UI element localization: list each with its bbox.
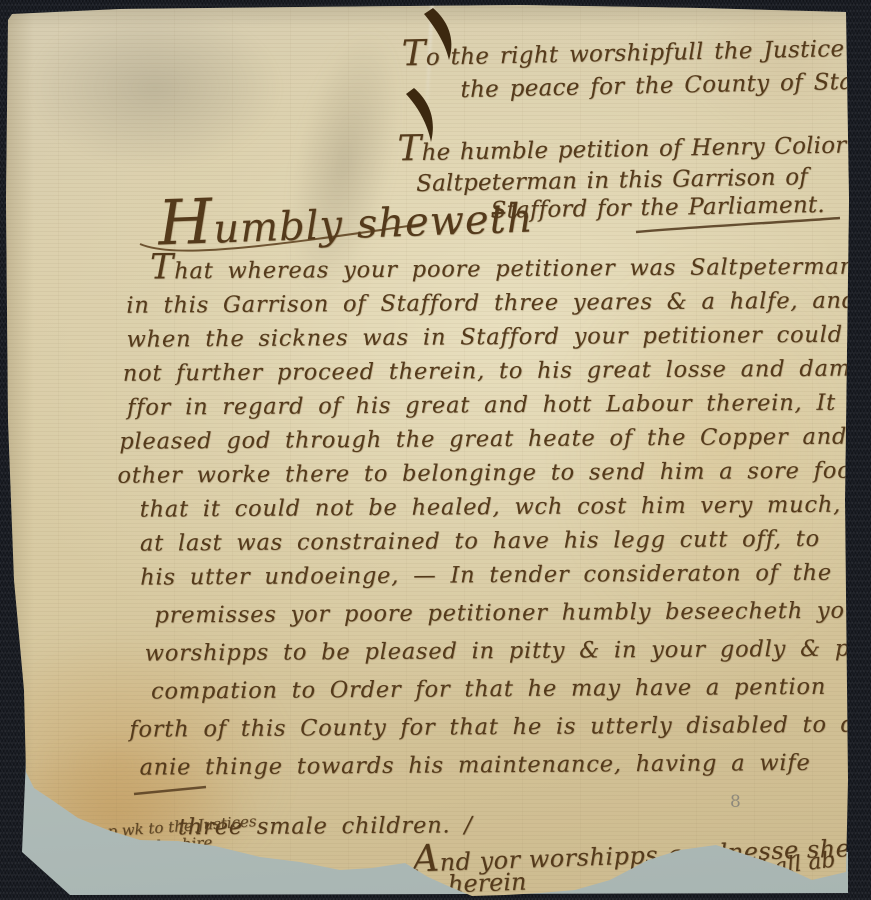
- petition-title-line-3: Stafford for the Parliament.: [490, 191, 871, 224]
- body-line: That whereas your poore petitioner was S…: [150, 245, 871, 288]
- body-line: not further proceed therein, to his grea…: [123, 351, 871, 390]
- body-line: when the sicknes was in Stafford your pe…: [126, 317, 871, 356]
- body-line: anie thinge towards his maintenance, hav…: [139, 745, 871, 784]
- body-line: his utter undoeinge, — In tender conside…: [140, 555, 871, 594]
- body-line: pleased god through the great heate of t…: [119, 419, 871, 458]
- body-line: premisses yor poore petitioner humbly be…: [154, 593, 871, 632]
- body-line: forth of this County for that he is utte…: [129, 707, 871, 746]
- stain-top-left: [30, 8, 280, 168]
- body-line: that it could not be healed, wch cost hi…: [140, 487, 871, 526]
- paper-top-shade: [0, 0, 871, 28]
- petition-title-line-1: The humble petition of Henry Colior late: [397, 120, 871, 170]
- address-heading-line-1: To the right worshipfull the Justice of: [401, 23, 871, 75]
- body-line: ffor in regard of his great and hott Lab…: [127, 385, 871, 424]
- body-line: worshipps to be pleased in pitty & in yo…: [145, 631, 871, 670]
- body-line: at last was constrained to have his legg…: [140, 521, 871, 560]
- body-line: compation to Order for that he may have …: [151, 669, 871, 708]
- pencil-mark: 8: [730, 792, 741, 812]
- address-heading: To the right worshipfull the Justice of …: [401, 23, 871, 105]
- petition-paper: To the right worshipfull the Justice of …: [0, 0, 871, 900]
- manuscript-scan: To the right worshipfull the Justice of …: [0, 0, 871, 900]
- address-heading-line-2: the peace for the County of Stafford: [460, 68, 871, 103]
- body-line: in this Garrison of Stafford three yeare…: [126, 283, 871, 322]
- paper-left-shade: [0, 0, 34, 900]
- petition-body: That whereas your poore petitioner was S…: [126, 245, 871, 844]
- body-line: other worke there to belonginge to send …: [117, 453, 871, 492]
- salutation: Humbly sheweth: [157, 173, 535, 259]
